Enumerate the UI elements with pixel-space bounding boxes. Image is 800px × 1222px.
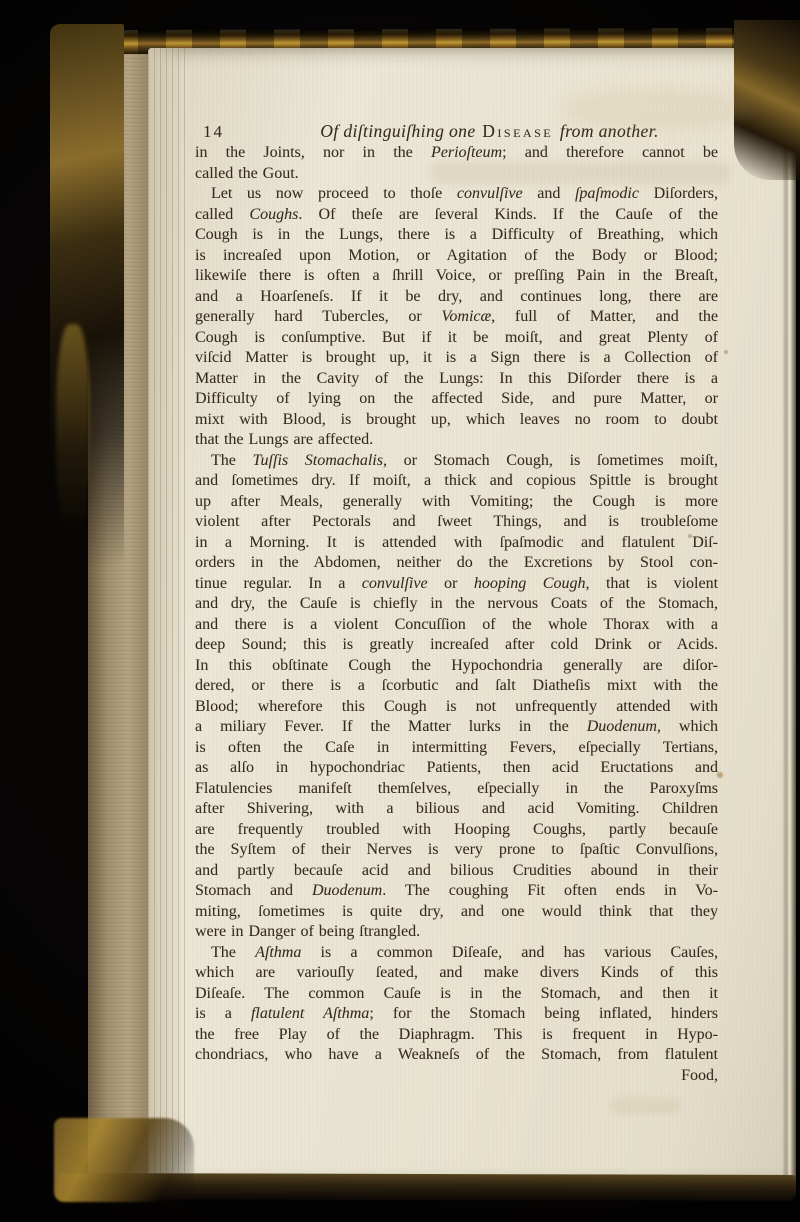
text-run: that the Lungs are affected. [195, 431, 373, 448]
text-run: and ſometimes dry. If moiſt, a thick and… [195, 472, 718, 489]
text-run: Cough is conſumptive. But if it be moiſt… [195, 329, 718, 346]
text-run: are frequently troubled with Hooping Cou… [195, 821, 718, 838]
text-line: Food, [195, 1066, 718, 1087]
text-line: Stomach and Duodenum. The coughing Fit o… [195, 881, 718, 902]
text-line: called Coughs. Of theſe are ſeveral Kind… [195, 205, 718, 226]
text-run: violent after Pectorals and ſweet Things… [195, 513, 718, 530]
text-run: in the Joints, nor in the [195, 144, 431, 161]
text-run: and there is a violent Concuſſion of the… [195, 616, 718, 633]
italic-text: hooping Cough [474, 575, 586, 592]
text-line: as alſo in hypochondriac Patients, then … [195, 758, 718, 779]
text-line: orders in the Abdomen, neither do the Ex… [195, 553, 718, 574]
text-run: deep Sound; this is greatly increaſed af… [195, 636, 718, 653]
running-title: Of diſtinguiſhing one Disease from anoth… [195, 121, 718, 142]
text-line: are frequently troubled with Hooping Cou… [195, 820, 718, 841]
text-line: and there is a violent Concuſſion of the… [195, 615, 718, 636]
italic-text: Aſthma [255, 944, 301, 961]
text-line: The Aſthma is a common Diſeaſe, and has … [195, 943, 718, 964]
text-line: Let us now proceed to thoſe convulſive a… [195, 184, 718, 205]
text-line: The Tuſſis Stomachalis, or Stomach Cough… [195, 451, 718, 472]
text-run: Matter in the Cavity of the Lungs: In th… [195, 370, 718, 387]
text-run: Blood; wherefore this Cough is not unfre… [195, 698, 718, 715]
italic-text: flatulent Aſthma [251, 1005, 369, 1022]
text-run: , or Stomach Cough, is ſometimes moiſt, [383, 452, 718, 469]
text-run: mixt with Blood, is brought up, which le… [195, 411, 718, 428]
text-run: and dry, the Cauſe is chiefly in the ner… [195, 595, 718, 612]
text-run: and partly becauſe acid and bilious Crud… [195, 862, 718, 879]
text-line: in a Morning. It is attended with ſpaſmo… [195, 533, 718, 554]
text-line: is often the Caſe in intermitting Fevers… [195, 738, 718, 759]
italic-text: convulſive [457, 185, 523, 202]
text-run: The [211, 944, 255, 961]
text-run: generally hard Tubercles, or [195, 308, 441, 325]
text-line: generally hard Tubercles, or Vomicæ, ful… [195, 307, 718, 328]
text-run: or [428, 575, 474, 592]
italic-text: ſpaſmodic [575, 185, 639, 202]
text-run: Stomach and [195, 882, 312, 899]
text-run: Let us now proceed to thoſe [211, 185, 457, 202]
text-line: called the Gout. [195, 164, 718, 185]
small-caps-text: Disease [482, 121, 553, 141]
text-run: and a Hoarſeneſs. If it be dry, and cont… [195, 288, 718, 305]
text-line: Matter in the Cavity of the Lungs: In th… [195, 369, 718, 390]
text-line: Cough is in the Lungs, there is a Diffic… [195, 225, 718, 246]
text-run: In this obſtinate Cough the Hypochondria… [195, 657, 718, 674]
italic-text: Coughs [249, 206, 298, 223]
italic-text: from another. [555, 121, 659, 141]
worn-leather-corner-top-left [50, 24, 124, 594]
text-line: Blood; wherefore this Cough is not unfre… [195, 697, 718, 718]
text-run: Food, [681, 1067, 718, 1084]
text-run: . Of theſe are ſeveral Kinds. If the Cau… [298, 206, 718, 223]
text-line: deep Sound; this is greatly increaſed af… [195, 635, 718, 656]
italic-text: Duodenum [587, 718, 657, 735]
text-line: miting, ſometimes is quite dry, and one … [195, 902, 718, 923]
text-run: a miliary Fever. If the Matter lurks in … [195, 718, 587, 735]
text-run: likewiſe there is often a ſhrill Voice, … [195, 267, 718, 284]
text-run: viſcid Matter is brought up, it is a Sig… [195, 349, 718, 366]
text-run: tinue regular. In a [195, 575, 362, 592]
text-run: , which [657, 718, 718, 735]
text-line: and ſometimes dry. If moiſt, a thick and… [195, 471, 718, 492]
text-line: Cough is conſumptive. But if it be moiſt… [195, 328, 718, 349]
text-line: Flatulencies manifeſt themſelves, eſpeci… [195, 779, 718, 800]
text-run: the Syſtem of their Nerves is very prone… [195, 841, 718, 858]
text-run: up after Meals, generally with Vomiting;… [195, 493, 718, 510]
text-line: chondriacs, who have a Weakneſs of the S… [195, 1045, 718, 1066]
text-run: The [211, 452, 253, 469]
text-run: chondriacs, who have a Weakneſs of the S… [195, 1046, 718, 1063]
text-run: Difficulty of lying on the affected Side… [195, 390, 718, 407]
italic-text: Tuſſis Stomachalis [253, 452, 383, 469]
text-run: is often the Caſe in intermitting Fevers… [195, 739, 718, 756]
text-run: ; for the Stomach being inflated, hinder… [369, 1005, 718, 1022]
text-run: which are variouſly ſeated, and make div… [195, 964, 718, 981]
text-run: Cough is in the Lungs, there is a Diffic… [195, 226, 718, 243]
text-run: after Shivering, with a bilious and acid… [195, 800, 718, 817]
text-line: likewiſe there is often a ſhrill Voice, … [195, 266, 718, 287]
text-run: and [523, 185, 575, 202]
page-body-text: in the Joints, nor in the Perioſteum; an… [195, 143, 718, 1086]
italic-text: Of diſtinguiſhing one [320, 121, 480, 141]
text-line: that the Lungs are affected. [195, 430, 718, 451]
text-run: dered, or there is a ſcorbutic and ſalt … [195, 677, 718, 694]
text-run: the free Play of the Diaphragm. This is … [195, 1026, 718, 1043]
text-run: were in Danger of being ſtrangled. [195, 923, 420, 940]
text-line: which are variouſly ſeated, and make div… [195, 963, 718, 984]
text-line: and dry, the Cauſe is chiefly in the ner… [195, 594, 718, 615]
page-number: 14 [203, 122, 224, 142]
italic-text: Duodenum [312, 882, 382, 899]
text-run: orders in the Abdomen, neither do the Ex… [195, 554, 718, 571]
text-run: is a common Diſeaſe, and has various Cau… [301, 944, 718, 961]
text-line: viſcid Matter is brought up, it is a Sig… [195, 348, 718, 369]
worn-leather-corner-top-right [734, 20, 800, 180]
text-run: . The coughing Fit often ends in Vo- [382, 882, 718, 899]
text-line: the free Play of the Diaphragm. This is … [195, 1025, 718, 1046]
text-line: In this obſtinate Cough the Hypochondria… [195, 656, 718, 677]
text-run: is a [195, 1005, 251, 1022]
worn-leather-corner-bottom-left [54, 1118, 194, 1202]
text-line: and a Hoarſeneſs. If it be dry, and cont… [195, 287, 718, 308]
text-run: is increaſed upon Motion, or Agitation o… [195, 247, 718, 264]
text-line: were in Danger of being ſtrangled. [195, 922, 718, 943]
text-run: miting, ſometimes is quite dry, and one … [195, 903, 718, 920]
text-line: a miliary Fever. If the Matter lurks in … [195, 717, 718, 738]
italic-text: Vomicæ [441, 308, 491, 325]
text-line: violent after Pectorals and ſweet Things… [195, 512, 718, 533]
text-run: Diſeaſe. The common Cauſe is in the Stom… [195, 985, 718, 1002]
text-run: Flatulencies manifeſt themſelves, eſpeci… [195, 780, 718, 797]
text-line: and partly becauſe acid and bilious Crud… [195, 861, 718, 882]
text-line: up after Meals, generally with Vomiting;… [195, 492, 718, 513]
running-header: 14 Of diſtinguiſhing one Disease from an… [195, 121, 718, 145]
text-run: ; and therefore cannot be [502, 144, 718, 161]
text-run: , full of Matter, and the [491, 308, 718, 325]
text-line: dered, or there is a ſcorbutic and ſalt … [195, 676, 718, 697]
text-run: , that is violent [585, 575, 718, 592]
page-right-crease [782, 48, 796, 1182]
text-line: Difficulty of lying on the affected Side… [195, 389, 718, 410]
text-run: Diſorders, [639, 185, 718, 202]
text-line: is a flatulent Aſthma; for the Stomach b… [195, 1004, 718, 1025]
italic-text: Perioſteum [431, 144, 502, 161]
text-run: as alſo in hypochondriac Patients, then … [195, 759, 718, 776]
text-line: Diſeaſe. The common Cauſe is in the Stom… [195, 984, 718, 1005]
book-photo-background: 14 Of diſtinguiſhing one Disease from an… [0, 0, 800, 1222]
text-run: called the Gout. [195, 165, 299, 182]
page-edge-lines [148, 48, 188, 1182]
text-line: the Syſtem of their Nerves is very prone… [195, 840, 718, 861]
book-page: 14 Of diſtinguiſhing one Disease from an… [148, 48, 796, 1182]
italic-text: convulſive [362, 575, 428, 592]
text-line: after Shivering, with a bilious and acid… [195, 799, 718, 820]
text-line: tinue regular. In a convulſive or hoopin… [195, 574, 718, 595]
text-run: called [195, 206, 249, 223]
text-run: in a Morning. It is attended with ſpaſmo… [195, 534, 718, 551]
text-line: mixt with Blood, is brought up, which le… [195, 410, 718, 431]
text-line: is increaſed upon Motion, or Agitation o… [195, 246, 718, 267]
text-line: in the Joints, nor in the Perioſteum; an… [195, 143, 718, 164]
